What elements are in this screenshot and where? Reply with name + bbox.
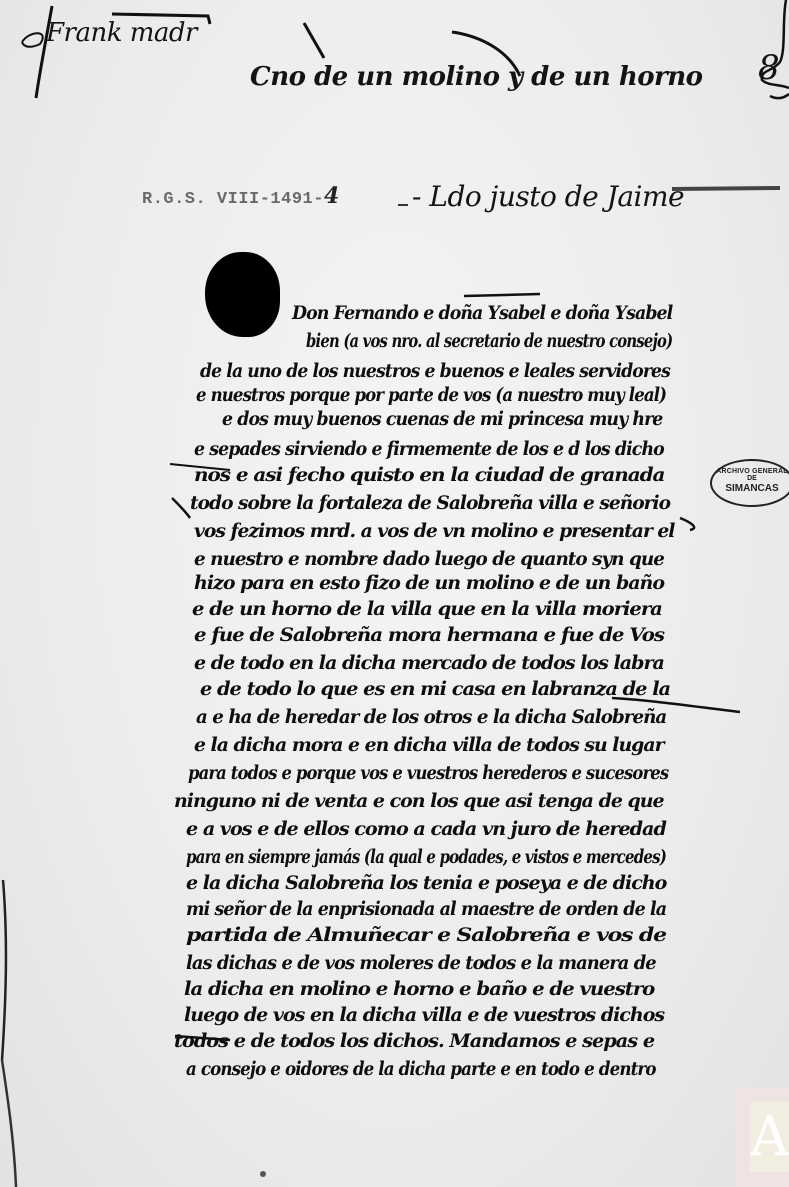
body-line: de la uno de los nuestros e buenos e lea… — [200, 360, 670, 386]
body-line: mi señor de la enprisionada al maestre d… — [186, 898, 666, 924]
body-line: e la dicha Salobreña los tenia e poseya … — [186, 872, 666, 898]
watermark-letter: A — [750, 1102, 789, 1172]
reference-suffix: 4 — [324, 183, 340, 209]
seal-blot — [205, 252, 280, 337]
top-heading: Cno de un molino y de un horno — [250, 62, 703, 92]
archive-stamp: ARCHIVO GENERAL DE SIMANCAS — [710, 459, 789, 507]
reference-stamp: R.G.S. VIII-1491-4 — [142, 183, 340, 209]
body-line: luego de vos en la dicha villa e de vues… — [184, 1004, 664, 1030]
body-line: e nuestro e nombre dado luego de quanto … — [194, 548, 664, 574]
body-line: nos e asi fecho quisto en la ciudad de g… — [194, 464, 664, 490]
body-line: la dicha en molino e horno e baño e de v… — [184, 978, 654, 1004]
body-line: e fue de Salobreña mora hermana e fue de… — [194, 624, 664, 650]
body-line: a consejo e oidores de la dicha parte e … — [186, 1058, 656, 1084]
body-line: para todos e porque vos e vuestros hered… — [188, 762, 668, 788]
body-line: e a vos e de ellos como a cada vn juro d… — [186, 818, 666, 844]
body-line: todo sobre la fortaleza de Salobreña vil… — [190, 492, 670, 518]
body-line: ninguno ni de venta e con los que asi te… — [174, 790, 664, 816]
watermark-logo: A — [736, 1088, 789, 1187]
body-line: e de todo lo que es en mi casa en labran… — [200, 678, 670, 704]
archive-stamp-line2: DE — [712, 475, 789, 483]
body-line: e de un horno de la villa que en la vill… — [192, 598, 662, 624]
body-line: e la dicha mora e en dicha villa de todo… — [194, 734, 664, 760]
archive-stamp-line1: ARCHIVO GENERAL — [712, 468, 789, 475]
top-left-annotation: Frank madr — [46, 18, 197, 48]
body-line: e dos muy buenos cuenas de mi princesa m… — [222, 408, 662, 434]
archive-stamp-line3: SIMANCAS — [712, 483, 789, 494]
body-line: hizo para en esto fizo de un molino e de… — [194, 572, 664, 598]
body-line: e nuestros porque por parte de vos (a nu… — [196, 384, 666, 410]
body-line: e sepades sirviendo e firmemente de los … — [194, 438, 664, 464]
manuscript-page: Frank madr Cno de un molino y de un horn… — [0, 0, 789, 1187]
reference-note: - Ldo justo de Jaime — [412, 180, 684, 213]
body-line: bien (a vos nro. al secretario de nuestr… — [306, 330, 672, 356]
body-line: vos fezimos mrd. a vos de vn molino e pr… — [194, 520, 674, 546]
reference-prefix: R.G.S. VIII-1491- — [142, 190, 324, 209]
top-right-mark: 8 — [758, 48, 779, 88]
body-line: todos e de todos los dichos. Mandamos e … — [174, 1030, 654, 1056]
body-line: e de todo en la dicha mercado de todos l… — [194, 652, 664, 678]
body-line: partida de Almuñecar e Salobreña e vos d… — [186, 924, 666, 950]
body-line: las dichas e de vos moleres de todos e l… — [186, 952, 656, 978]
body-line: a e ha de heredar de los otros e la dich… — [196, 706, 666, 732]
body-line: Don Fernando e doña Ysabel e doña Ysabel — [292, 302, 672, 328]
body-line: para en siempre jamás (la qual e podades… — [186, 846, 666, 872]
